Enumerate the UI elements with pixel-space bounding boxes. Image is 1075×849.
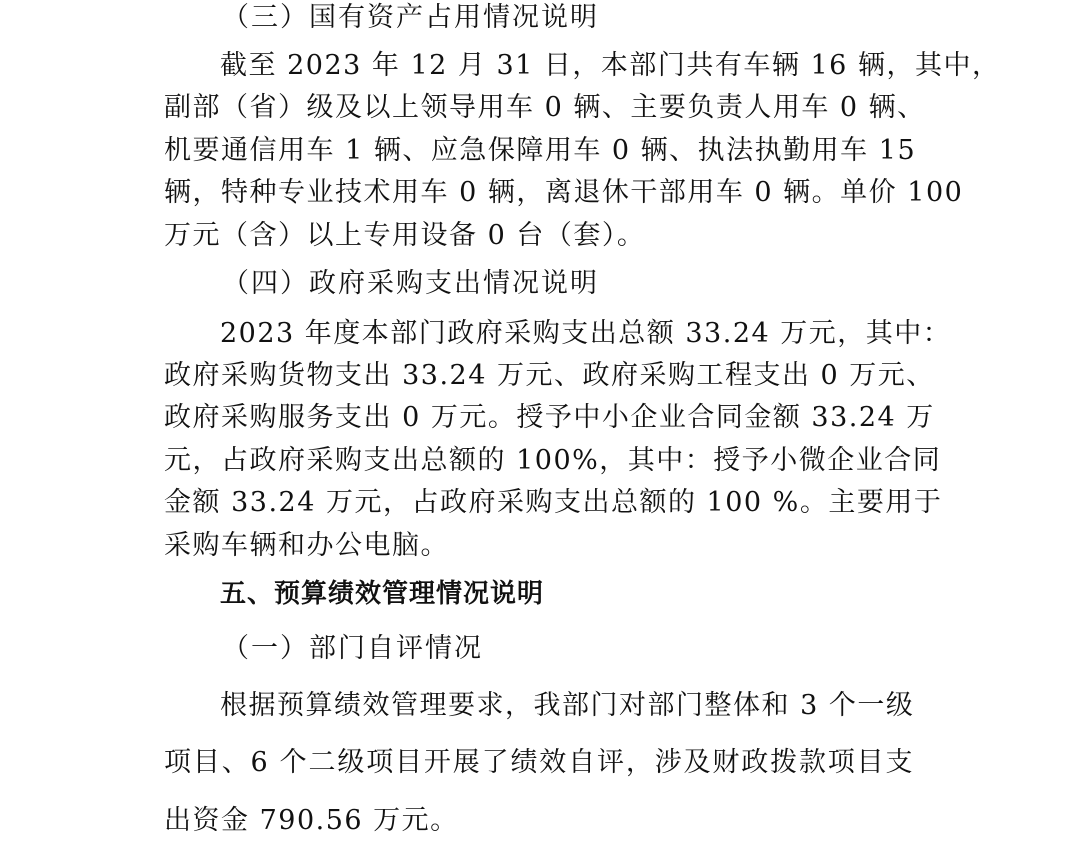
paragraph-line: 机要通信用车 1 辆、应急保障用车 0 辆、执法执勤用车 15 [164, 135, 914, 167]
section-heading-state-assets: （三）国有资产占用情况说明 [222, 2, 972, 34]
paragraph-line: 万元（含）以上专用设备 0 台（套）。 [164, 220, 914, 252]
paragraph-line: 出资金 790.56 万元。 [164, 805, 914, 837]
paragraph-line: 政府采购服务支出 0 万元。授予中小企业合同金额 33.24 万 [164, 402, 914, 434]
paragraph-line: 辆，特种专业技术用车 0 辆，离退休干部用车 0 辆。单价 100 [164, 177, 914, 209]
part-heading-performance: 五、预算绩效管理情况说明 [220, 578, 970, 610]
paragraph-line: 根据预算绩效管理要求，我部门对部门整体和 3 个一级 [220, 690, 914, 722]
paragraph-line: 项目、6 个二级项目开展了绩效自评，涉及财政拨款项目支 [164, 747, 914, 779]
paragraph-line: 采购车辆和办公电脑。 [164, 530, 914, 562]
subsection-heading-self-evaluation: （一）部门自评情况 [222, 633, 972, 665]
paragraph-line: 副部（省）级及以上领导用车 0 辆、主要负责人用车 0 辆、 [164, 92, 914, 124]
section-heading-procurement: （四）政府采购支出情况说明 [222, 268, 972, 300]
paragraph-line: 截至 2023 年 12 月 31 日，本部门共有车辆 16 辆，其中， [220, 50, 914, 82]
paragraph-line: 金额 33.24 万元，占政府采购支出总额的 100 %。主要用于 [164, 487, 914, 519]
paragraph-line: 2023 年度本部门政府采购支出总额 33.24 万元，其中： [220, 318, 914, 350]
paragraph-line: 政府采购货物支出 33.24 万元、政府采购工程支出 0 万元、 [164, 360, 914, 392]
paragraph-line: 元，占政府采购支出总额的 100%，其中：授予小微企业合同 [164, 445, 914, 477]
